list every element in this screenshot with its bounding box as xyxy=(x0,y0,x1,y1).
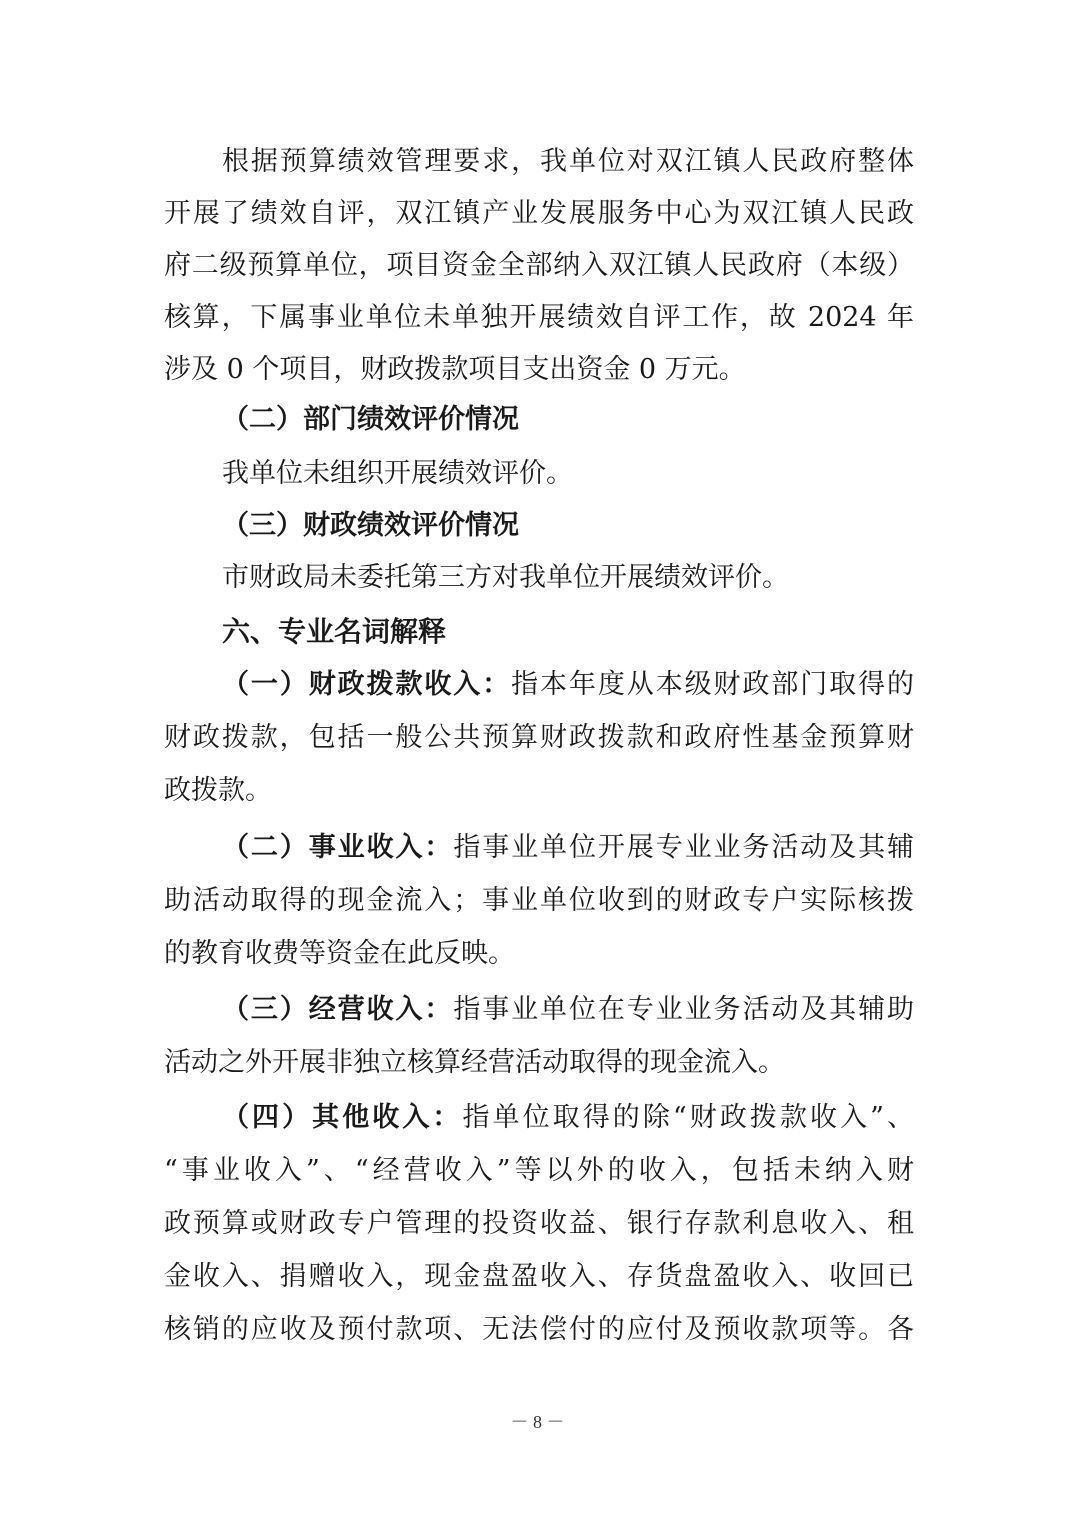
paragraph-line: “事业收入”、“经营收入”等以外的收入，包括未纳入财 xyxy=(164,1151,914,1191)
paragraph-line: 助活动取得的现金流入；事业单位收到的财政专户实际核拨 xyxy=(164,881,914,921)
paragraph-line: 核销的应收及预付款项、无法偿付的应付及预收款项等。各 xyxy=(164,1310,914,1350)
glossary-definition: 指事业单位开展专业业务活动及其辅 xyxy=(453,832,914,863)
paragraph-line: 政拨款。 xyxy=(164,771,914,811)
section-body-dept-eval: 我单位未组织开展绩效评价。 xyxy=(222,454,914,494)
paragraph-line: 政预算或财政专户管理的投资收益、银行存款利息收入、租 xyxy=(164,1204,914,1244)
paragraph-line: 府二级预算单位，项目资金全部纳入双江镇人民政府（本级） xyxy=(164,246,914,286)
section-heading-dept-eval: （二）部门绩效评价情况 xyxy=(222,400,914,440)
glossary-term: （一）财政拨款收入： xyxy=(222,669,511,700)
paragraph-line: 财政拨款，包括一般公共预算财政拨款和政府性基金预算财 xyxy=(164,718,914,758)
paragraph-line: 涉及 0 个项目，财政拨款项目支出资金 0 万元。 xyxy=(164,350,914,390)
paragraph-line: 根据预算绩效管理要求，我单位对双江镇人民政府整体 xyxy=(222,142,914,182)
glossary-term: （二）事业收入： xyxy=(222,832,453,863)
paragraph-line: 核算，下属事业单位未单独开展绩效自评工作，故 2024 年 xyxy=(164,298,914,338)
section-body-finance-eval: 市财政局未委托第三方对我单位开展绩效评价。 xyxy=(222,558,914,598)
page-number: － 8 － xyxy=(0,1408,1075,1434)
section-heading-glossary: 六、专业名词解释 xyxy=(222,612,914,652)
glossary-term: （四）其他收入： xyxy=(222,1102,462,1133)
glossary-item: （四）其他收入：指单位取得的除“财政拨款收入”、 xyxy=(222,1098,914,1138)
glossary-definition: 指事业单位在专业业务活动及其辅助 xyxy=(453,994,914,1025)
paragraph-line: 开展了绩效自评，双江镇产业发展服务中心为双江镇人民政 xyxy=(164,194,914,234)
section-heading-finance-eval: （三）财政绩效评价情况 xyxy=(222,506,914,546)
glossary-item: （二）事业收入：指事业单位开展专业业务活动及其辅 xyxy=(222,828,914,868)
glossary-term: （三）经营收入： xyxy=(222,994,453,1025)
glossary-item: （三）经营收入：指事业单位在专业业务活动及其辅助 xyxy=(222,990,914,1030)
paragraph-line: 活动之外开展非独立核算经营活动取得的现金流入。 xyxy=(164,1043,914,1083)
glossary-definition: 指本年度从本级财政部门取得的 xyxy=(511,669,914,700)
glossary-definition: 指单位取得的除“财政拨款收入”、 xyxy=(462,1102,914,1133)
paragraph-line: 金收入、捐赠收入，现金盘盈收入、存货盘盈收入、收回已 xyxy=(164,1257,914,1297)
document-page: 根据预算绩效管理要求，我单位对双江镇人民政府整体 开展了绩效自评，双江镇产业发展… xyxy=(0,0,1075,1520)
glossary-item: （一）财政拨款收入：指本年度从本级财政部门取得的 xyxy=(222,665,914,705)
paragraph-line: 的教育收费等资金在此反映。 xyxy=(164,934,914,974)
